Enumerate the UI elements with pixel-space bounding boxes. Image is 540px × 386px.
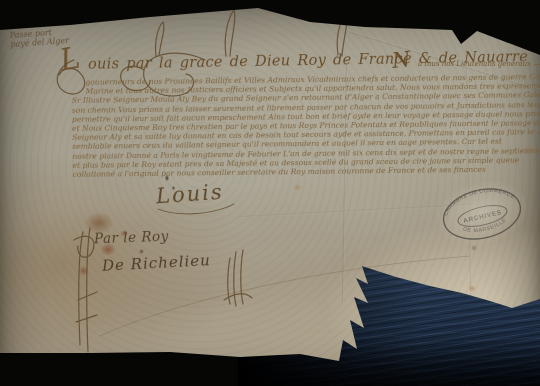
body-text-block: gouuerneurs de nos Prouinces Baillifs et… <box>71 72 540 179</box>
richelieu-tail-flourish <box>224 250 252 306</box>
ascender-flourish <box>156 22 164 56</box>
countersign-par-le-roy: Par le Roy <box>94 229 169 248</box>
royal-signature: Louis <box>155 180 224 209</box>
heading-flourish-letter: N <box>391 47 412 73</box>
heading-tail-text: a tous nos Lieutenans generaux — <box>418 60 540 68</box>
ascender-flourish <box>225 10 235 56</box>
ascender-flourish <box>337 14 347 56</box>
photo-of-parchment-document: Passe port payé del Alger L ouis par la … <box>0 0 540 386</box>
